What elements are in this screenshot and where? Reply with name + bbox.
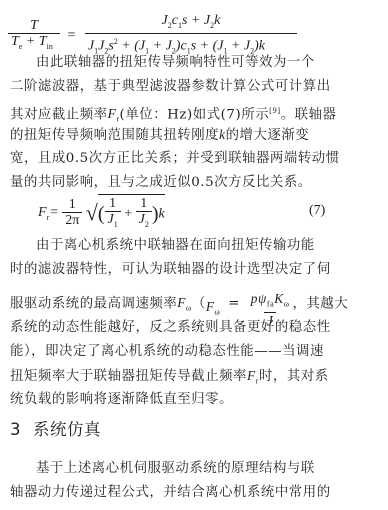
sqrt-icon: √ xyxy=(86,200,98,225)
paragraph2-line1: 由于离心机系统中联轴器在面向扭矩传输功能 xyxy=(36,238,315,254)
rhs-fraction: J2c1s + J2k J1J2s2 + (J1 + J2)c1s + (J1 … xyxy=(85,14,297,58)
transfer-function-equation: T Te + Tin = J2c1s + J2k J1J2s2 + (J1 + … xyxy=(10,14,297,58)
cutoff-frequency-var-2: Fr xyxy=(247,368,259,383)
sqrt-body: ( 1 J1 + 1 J2 )k xyxy=(98,194,165,232)
paragraph1-line2: 二阶滤波器，基于典型滤波器参数计算公式可计算出 xyxy=(10,79,331,95)
paragraph1-line1: 由此联轴器的扭矩传导频响特性可等效为一个 xyxy=(36,55,315,71)
cutoff-frequency-equation: Fr= 1 2π √ ( 1 J1 + 1 J2 )k xyxy=(38,194,165,232)
citation-ref[interactable]: [9] xyxy=(269,107,281,115)
equation-number: (7) xyxy=(309,203,325,219)
cutoff-frequency-var: Fr xyxy=(108,106,120,121)
eq7-coefficient: 1 2π xyxy=(62,198,82,228)
eq7-lhs: Fr= xyxy=(38,205,59,220)
paragraph3-line2: 轴器动力传递过程公式，并结合离心机系统中常用的 xyxy=(10,485,331,501)
lhs-fraction: T Te + Tin xyxy=(10,19,58,54)
section-heading: 3系统仿真 xyxy=(10,416,101,440)
max-speed-frequency-var: Fω xyxy=(177,295,192,310)
section-title: 系统仿真 xyxy=(33,420,101,439)
paragraph2-line4: 系统的动态性能越好，反之系统则具备更好的稳态性 xyxy=(10,320,331,336)
paragraph2-line6: 扭矩频率大于联轴器扭矩传导截止频率Fr时，其对系 xyxy=(10,368,329,390)
paragraph1-line3: 其对应截止频率Fr(单位：Hz)如式(7)所示[9]。联轴器 xyxy=(10,103,336,128)
paragraph2-line2: 时的滤波器特性，可认为联轴器的设计选型决定了伺 xyxy=(10,262,331,278)
paragraph1-line6: 量的共同影响，且与之成近似0.5次方反比关系。 xyxy=(10,175,312,191)
equals-sign: = xyxy=(68,28,76,43)
paragraph1-line5: 宽，且成0.5次方正比关系；并受到联轴器两端转动惯 xyxy=(10,151,340,167)
section-number: 3 xyxy=(10,420,21,439)
paragraph2-line7: 统负载的影响将逐渐降低直至归零。 xyxy=(10,392,233,408)
paragraph3-line1: 基于上述离心机伺服驱动系统的原理结构与联 xyxy=(36,461,315,477)
paragraph2-line5: 能），即决定了离心机系统的动稳态性能——当调速 xyxy=(10,344,324,360)
paragraph2-line3: 服驱动系统的最高调速频率Fω（Fω = pψfaKω J ，其越大 xyxy=(10,286,348,322)
paragraph1-line4: 的扭矩传导频响范围随其扭转刚度k的增大逐渐变 xyxy=(10,127,309,144)
